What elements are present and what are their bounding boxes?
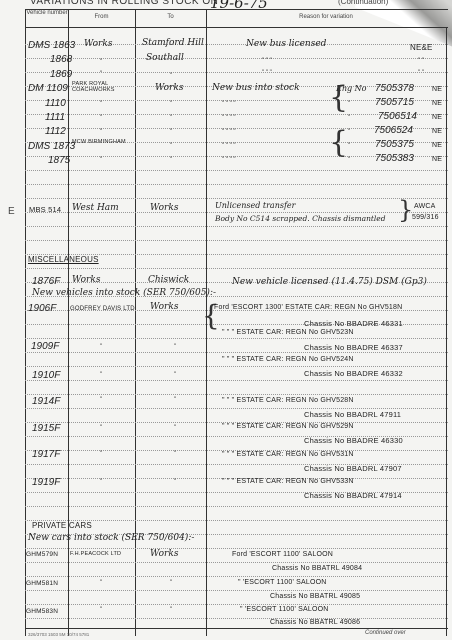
engine-number: 7505375 [375,139,414,150]
document-page: VARIATIONS IN ROLLING STOCK ON 19-6-75 (… [0,0,452,640]
ditto-mark: " " " " [222,129,236,135]
row-rule [25,198,448,199]
ditto-mark: " " [418,58,424,64]
ditto-mark: " [100,129,102,135]
ditto-mark: " " " " [222,115,236,121]
stock-intro: New cars into stock (SER 750/604):- [28,533,194,543]
vehicle-description: Ford 'ESCORT 1100' SALOON [232,551,333,558]
vehicle-number: DMS 1863 [28,40,75,51]
ditto-mark: " " " " [222,143,236,149]
ditto-mark: " " [418,70,424,76]
vehicle-number: 1909F [31,341,59,352]
vehicle-number: 1876F [32,276,60,287]
vehicle-description: " 'ESCORT 1100' SALOON [238,579,327,586]
row-rule [25,170,448,171]
engine-number: 7505378 [375,83,414,94]
ditto-mark: " [100,115,102,121]
brace-icon: { [329,125,348,160]
vehicle-number: 1919F [32,477,60,488]
ditto-mark: " [170,157,172,163]
col-divider [25,9,26,636]
page-curl [355,0,452,48]
ditto-mark: " [348,143,350,149]
vehicle-number: 1112 [45,126,66,137]
chassis-number: Chassis No BBADRE 46330 [304,436,403,445]
vehicle-description: " 'ESCORT 1100' SALOON [240,606,329,613]
reference: 599/316 [412,214,439,221]
engine-number: 7505383 [375,153,414,164]
from-location: F.H.PEACOCK LTD [70,551,121,557]
region-note: NE&E [410,43,433,52]
ditto-mark: " [100,157,102,163]
row-rule [25,604,448,605]
document-date: 19-6-75 [210,0,268,12]
ditto-mark: " [170,73,172,79]
print-code: 326/3703 1503 5M 10/74 5781 [28,632,89,637]
row-rule [25,618,448,619]
engine-number: 7506514 [378,111,417,122]
vehicle-description: " " " ESTATE CAR: REGN No GHV524N [222,356,354,363]
vehicle-number: 1906F [28,303,56,314]
reference: AWCA [414,203,436,210]
vehicle-number: DM 1109 [28,83,68,94]
ditto-mark: " [170,129,172,135]
row-rule [25,576,448,577]
row-rule [25,58,448,59]
ditto-mark: " [348,101,350,107]
ditto-mark: " [100,101,102,107]
table-top-border [25,9,448,10]
vehicle-description: " " " ESTATE CAR: REGN No GHV529N [222,423,354,430]
chassis-number: Chassis No BBATRL 49085 [270,593,360,600]
ditto-mark: " [170,607,172,613]
ditto-mark: " [174,479,176,485]
row-rule [25,562,448,563]
chassis-number: Chassis No BBADRE 46332 [304,369,403,378]
stock-intro: New vehicles into stock (SER 750/605):- [32,288,216,298]
brace-icon: { [329,80,348,115]
to-location: Works [155,83,183,93]
col-divider [446,27,447,636]
vehicle-number: 1875 [48,155,70,166]
from-location: PARK ROYAL COACHWORKS [72,81,132,93]
vehicle-description: " " " ESTATE CAR: REGN No GHV531N [222,451,354,458]
vehicle-number: 1914F [32,396,60,407]
margin-mark: E [8,206,15,217]
ditto-mark: " [100,59,102,65]
brace-icon: } [398,196,413,224]
to-location: Works [150,203,178,213]
ditto-mark: " [174,397,176,403]
chassis-number: Chassis No BBATRL 49086 [270,619,360,626]
vehicle-description: Ford 'ESCORT 1300' ESTATE CAR: REGN No G… [214,304,402,311]
chassis-number: Chassis No BBADRL 47911 [304,410,401,419]
chassis-number: Chassis No BBATRL 49084 [272,565,362,572]
chassis-number: Chassis No BBADRL 47914 [304,491,402,500]
from-location: MCW BIRMINGHAM [72,139,132,145]
vehicle-number: 1869 [50,69,72,80]
vehicle-number: 1917F [32,449,60,460]
reason: New vehicle licensed (11.4.75) DSM (Gp3) [232,277,427,287]
vehicle-number: 1111 [45,112,65,123]
vehicle-number: GHM583N [26,608,58,615]
region-note: NE [432,114,442,121]
ditto-mark: " [170,580,172,586]
row-rule [25,268,448,269]
row-rule [25,72,448,73]
row-rule [25,338,448,339]
col-header-vehicle: Vehicle number [26,10,68,17]
vehicle-number: 1915F [32,423,60,434]
ditto-mark: " [348,157,350,163]
ditto-mark: " [170,115,172,121]
from-location: Works [84,39,112,49]
ditto-mark: " [100,397,102,403]
header-bottom-border [25,27,448,28]
ditto-mark: " [100,425,102,431]
region-note: NE [432,100,442,107]
vehicle-description: " " " ESTATE CAR: REGN No GHV528N [222,397,354,404]
ditto-mark: " [174,425,176,431]
ditto-mark: " " " " [222,101,236,107]
row-rule [25,394,448,395]
chassis-number: Chassis No BBADRE 46331 [304,319,403,328]
ditto-mark: " [348,115,350,121]
ditto-mark: " [174,372,176,378]
section-heading: PRIVATE CARS [32,521,92,530]
vehicle-number: MBS 514 [29,205,61,214]
vehicle-number: 1110 [45,98,66,109]
to-location: Stamford Hill [142,38,204,48]
row-rule [25,226,448,227]
region-note: NE [432,86,442,93]
to-location: Works [150,302,178,312]
ditto-mark: " [100,71,102,77]
to-location: Works [150,549,178,559]
vehicle-number: 1910F [32,370,60,381]
ditto-mark: " [348,129,350,135]
from-location: GODFREY DAVIS LTD [70,304,136,314]
col-header-to: To [135,14,206,21]
engine-number: 7506524 [374,125,413,136]
row-rule [25,506,448,507]
chassis-number: Chassis No BBADRE 46337 [304,343,403,352]
region-note: NE [432,156,442,163]
row-rule [25,366,448,367]
chassis-number: Chassis No BBADRL 47907 [304,464,402,473]
to-location: Southall [146,53,184,63]
reason: New bus into stock [212,83,300,93]
ditto-mark: " [100,344,102,350]
ditto-mark: " [174,344,176,350]
ditto-mark: " [100,479,102,485]
to-location: Chiswick [148,275,189,285]
reason: Unlicensed transfer [215,201,295,210]
ditto-mark: " [174,451,176,457]
vehicle-description: " " " ESTATE CAR: REGN No GHV523N [222,329,354,336]
document-title: VARIATIONS IN ROLLING STOCK ON [30,0,218,7]
ditto-mark: " " " [262,70,272,76]
col-header-from: From [68,14,135,21]
ditto-mark: " " " " [222,157,236,163]
ditto-mark: " [100,372,102,378]
row-rule [25,352,448,353]
vehicle-number: GHM581N [26,580,58,587]
col-header-reason: Reason for variation [206,14,446,21]
vehicle-number: GHM579N [26,551,58,558]
row-rule [25,548,448,549]
reason: New bus licensed [246,39,326,49]
row-rule [25,590,448,591]
ditto-mark: " [170,143,172,149]
from-location: Works [72,275,100,285]
continued-note: Continued over [365,630,406,636]
vehicle-number: DMS 1873 [28,141,75,152]
ditto-mark: " " " [262,58,272,64]
row-rule [25,184,448,185]
region-note: NE [432,128,442,135]
section-heading: MISCELLANEOUS [28,255,99,264]
row-rule [25,408,448,409]
ditto-mark: " [100,607,102,613]
reason: Body No C514 scrapped. Chassis dismantle… [215,214,386,223]
row-rule [25,380,448,381]
continuation-label: (Continuation) [338,0,388,6]
ditto-mark: " [100,580,102,586]
from-location: West Ham [72,203,119,213]
ditto-mark: " [100,451,102,457]
vehicle-number: 1868 [50,54,72,65]
vehicle-description: " " " ESTATE CAR: REGN No GHV533N [222,478,354,485]
region-note: NE [432,142,442,149]
table-bottom-border [25,628,448,629]
row-rule [25,240,448,241]
ditto-mark: " [170,101,172,107]
engine-number: 7505715 [375,97,414,108]
